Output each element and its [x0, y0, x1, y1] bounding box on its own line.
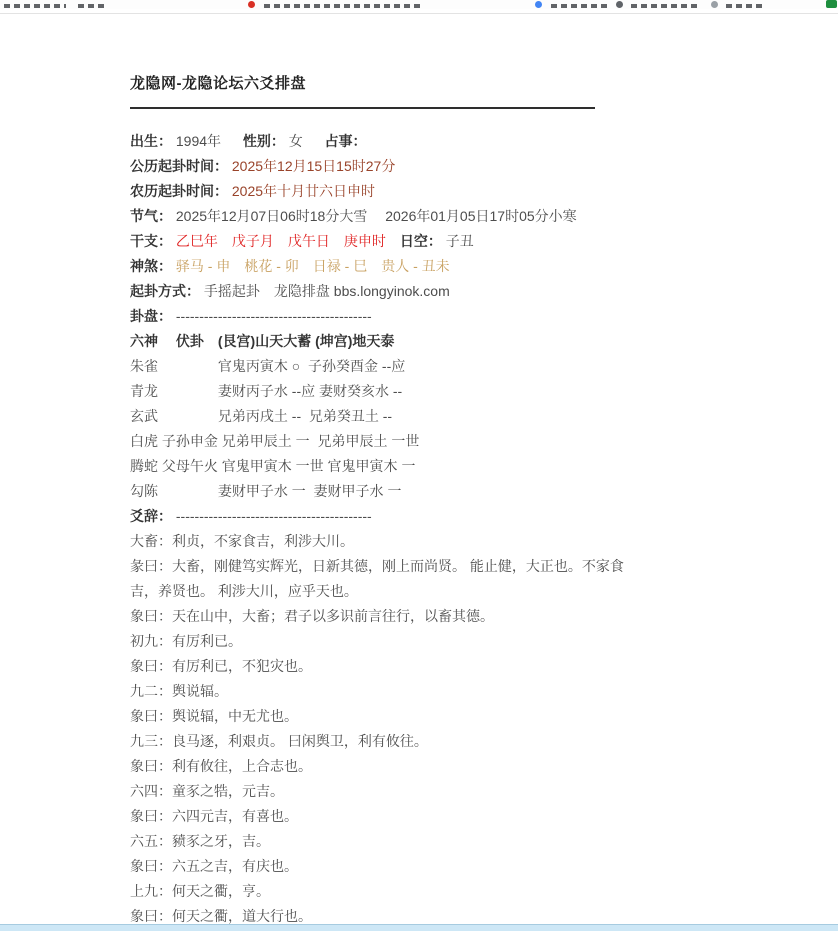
page-content: 龙隐网-龙隐论坛六爻排盘 出生： 1994年 性别： 女 占事：公历起卦时间： … [130, 72, 630, 929]
solar-time-row: 公历起卦时间： 2025年12月15日15时27分 [130, 154, 630, 179]
birth-row: 出生： 1994年 性别： 女 占事： [130, 129, 630, 154]
lunar-time-row: 农历起卦时间： 2025年十月廿六日申时 [130, 179, 630, 204]
hex-row-baihu-segment: 白虎 子孙申金 兄弟甲辰土 一 兄弟甲辰土 一世 [130, 433, 419, 449]
birth-row-segment: 1994年 [172, 133, 221, 149]
guapan-row: 卦盘： ------------------------------------… [130, 304, 630, 329]
hex-row-gouchen-segment: 勾陈 妻财甲子水 一 妻财甲子水 一 [130, 483, 401, 499]
birth-row-segment: 占事： [325, 133, 367, 149]
shensha-row-segment: 神煞： [130, 258, 172, 274]
yaoci-xiang6-row: 象曰：六五之吉，有庆也。 [130, 854, 630, 879]
solar-time-row-segment: 公历起卦时间： [130, 158, 228, 174]
ganzhi-row-segment [386, 233, 400, 249]
yaoci-shangjiu-row: 上九：何天之衢，亨。 [130, 879, 630, 904]
yaoci-jiuer-row-segment: 九二：舆说辐。 [130, 683, 228, 699]
birth-row-segment [221, 133, 243, 149]
hex-row-zhuque-segment: 朱雀 官鬼丙寅木 ○ 子孙癸酉金 --应 [130, 358, 405, 374]
guapan-row-segment: 卦盘： [130, 308, 172, 324]
yaoci-xiang1-row-segment: 象曰：天在山中，大畜；君子以多识前言往行，以畜其德。 [130, 608, 494, 624]
hex-row-tengshe-segment: 腾蛇 父母午火 官鬼甲寅木 一世 官鬼甲寅木 一 [130, 458, 415, 474]
ganzhi-row-segment: 子丑 [442, 233, 474, 249]
bottom-taskbar-edge [0, 924, 838, 931]
page-title: 龙隐网-龙隐论坛六爻排盘 [130, 72, 630, 93]
blue-favicon[interactable] [535, 1, 542, 8]
solar-time-row-segment: 2025年12月15日15时27分 [228, 158, 395, 174]
ganzhi-row-segment: 干支： [130, 233, 172, 249]
hex-row-tengshe: 腾蛇 父母午火 官鬼甲寅木 一世 官鬼甲寅木 一 [130, 454, 630, 479]
birth-row-segment: 出生： [130, 133, 172, 149]
yaoci-xiang5-row-segment: 象曰：六四元吉，有喜也。 [130, 808, 298, 824]
yaoci-xiang1-row: 象曰：天在山中，大畜；君子以多识前言往行，以畜其德。 [130, 604, 630, 629]
ganzhi-row-segment: 乙巳年 戊子月 戊午日 庚申时 [172, 233, 386, 249]
bookmark-label-fragment[interactable] [4, 4, 66, 8]
yaoci-liuwu-row: 六五：豮豕之牙，吉。 [130, 829, 630, 854]
solar-terms-row-segment: 2025年12月07日06时18分大雪 2026年01月05日17时05分小寒 [172, 208, 577, 224]
paipan-page: 龙隐网-龙隐论坛六爻排盘 出生： 1994年 性别： 女 占事：公历起卦时间： … [0, 14, 838, 929]
hex-row-gouchen: 勾陈 妻财甲子水 一 妻财甲子水 一 [130, 479, 630, 504]
method-row-segment: 起卦方式： [130, 283, 200, 299]
hex-row-xuanwu-segment: 玄武 兄弟丙戌土 -- 兄弟癸丑土 -- [130, 408, 392, 424]
bookmark-label-fragment[interactable] [726, 4, 766, 8]
yaoci-xiang2-row: 象曰：有厉利已，不犯灾也。 [130, 654, 630, 679]
yaoci-daxu-row: 大畜：利贞，不家食吉，利涉大川。 [130, 529, 630, 554]
solar-terms-row-segment: 节气： [130, 208, 172, 224]
bookmark-label-fragment[interactable] [78, 4, 104, 8]
yaoci-jiusan-row: 九三：良马逐，利艰贞。 曰闲舆卫，利有攸往。 [130, 729, 630, 754]
yaoci-xiang3-row-segment: 象曰：舆说辐，中无尤也。 [130, 708, 298, 724]
yaoci-xiang4-row-segment: 象曰：利有攸往，上合志也。 [130, 758, 312, 774]
yaoci-xiang3-row: 象曰：舆说辐，中无尤也。 [130, 704, 630, 729]
green-favicon[interactable] [826, 0, 837, 8]
method-row: 起卦方式： 手摇起卦 龙隐排盘 bbs.longyinok.com [130, 279, 630, 304]
solar-terms-row: 节气： 2025年12月07日06时18分大雪 2026年01月05日17时05… [130, 204, 630, 229]
ganzhi-row-segment: 日空： [400, 233, 442, 249]
gray-circle-favicon[interactable] [616, 1, 623, 8]
yaoci-shangjiu-row-segment: 上九：何天之衢，亨。 [130, 883, 270, 899]
red-circle-favicon[interactable] [248, 1, 255, 8]
yaoci-xiang7-row-segment: 象曰：何天之衢，道大行也。 [130, 908, 312, 924]
yaoci-jiusan-row-segment: 九三：良马逐，利艰贞。 曰闲舆卫，利有攸往。 [130, 733, 428, 749]
yaoci-tuan-row-segment: 彖曰：大畜，刚健笃实辉光，日新其德，刚上而尚贤。 能止健，大正也。不家食吉，养贤… [130, 558, 624, 599]
gray-favicon[interactable] [711, 1, 718, 8]
yaoci-header-row: 爻辞： ------------------------------------… [130, 504, 630, 529]
yaoci-xiang6-row-segment: 象曰：六五之吉，有庆也。 [130, 858, 298, 874]
ganzhi-row: 干支： 乙巳年 戊子月 戊午日 庚申时 日空： 子丑 [130, 229, 630, 254]
lunar-time-row-segment: 2025年十月廿六日申时 [228, 183, 375, 199]
method-row-segment: 手摇起卦 龙隐排盘 bbs.longyinok.com [200, 283, 450, 299]
bookmarks-bar[interactable] [0, 0, 838, 9]
yaoci-xiang2-row-segment: 象曰：有厉利已，不犯灾也。 [130, 658, 312, 674]
hex-row-baihu: 白虎 子孙申金 兄弟甲辰土 一 兄弟甲辰土 一世 [130, 429, 630, 454]
guapan-row-segment: ----------------------------------------… [172, 308, 372, 324]
lunar-time-row-segment: 农历起卦时间： [130, 183, 228, 199]
hex-row-xuanwu: 玄武 兄弟丙戌土 -- 兄弟癸丑土 -- [130, 404, 630, 429]
title-divider [130, 107, 595, 109]
shensha-row-segment: 驿马 - 申 桃花 - 卯 日禄 - 巳 贵人 - 丑未 [172, 258, 450, 274]
yaoci-jiuer-row: 九二：舆说辐。 [130, 679, 630, 704]
birth-row-segment: 女 [285, 133, 303, 149]
bookmark-label-fragment[interactable] [631, 4, 697, 8]
yaoci-xiang4-row: 象曰：利有攸往，上合志也。 [130, 754, 630, 779]
yaoci-chujiu-row: 初九：有厉利已。 [130, 629, 630, 654]
content-rows: 出生： 1994年 性别： 女 占事：公历起卦时间： 2025年12月15日15… [130, 129, 630, 929]
yaoci-header-row-segment: ----------------------------------------… [172, 508, 372, 524]
yaoci-tuan-row: 彖曰：大畜，刚健笃实辉光，日新其德，刚上而尚贤。 能止健，大正也。不家食吉，养贤… [130, 554, 630, 604]
hex-row-qinglong-segment: 青龙 妻财丙子水 --应 妻财癸亥水 -- [130, 383, 402, 399]
yaoci-liusi-row-segment: 六四：童豕之牿，元吉。 [130, 783, 284, 799]
bookmark-label-fragment[interactable] [551, 4, 609, 8]
yaoci-chujiu-row-segment: 初九：有厉利已。 [130, 633, 242, 649]
birth-row-segment [303, 133, 325, 149]
liushen-header-row: 六神 伏卦 (艮宫)山天大蓄 (坤宫)地天泰 [130, 329, 630, 354]
bookmark-label-fragment[interactable] [264, 4, 424, 8]
yaoci-daxu-row-segment: 大畜：利贞，不家食吉，利涉大川。 [130, 533, 354, 549]
yaoci-liusi-row: 六四：童豕之牿，元吉。 [130, 779, 630, 804]
yaoci-xiang5-row: 象曰：六四元吉，有喜也。 [130, 804, 630, 829]
liushen-header-row-segment: 六神 伏卦 (艮宫)山天大蓄 (坤宫)地天泰 [130, 333, 394, 349]
birth-row-segment: 性别： [243, 133, 285, 149]
hex-row-zhuque: 朱雀 官鬼丙寅木 ○ 子孙癸酉金 --应 [130, 354, 630, 379]
yaoci-header-row-segment: 爻辞： [130, 508, 172, 524]
shensha-row: 神煞： 驿马 - 申 桃花 - 卯 日禄 - 巳 贵人 - 丑未 [130, 254, 630, 279]
hex-row-qinglong: 青龙 妻财丙子水 --应 妻财癸亥水 -- [130, 379, 630, 404]
yaoci-liuwu-row-segment: 六五：豮豕之牙，吉。 [130, 833, 270, 849]
